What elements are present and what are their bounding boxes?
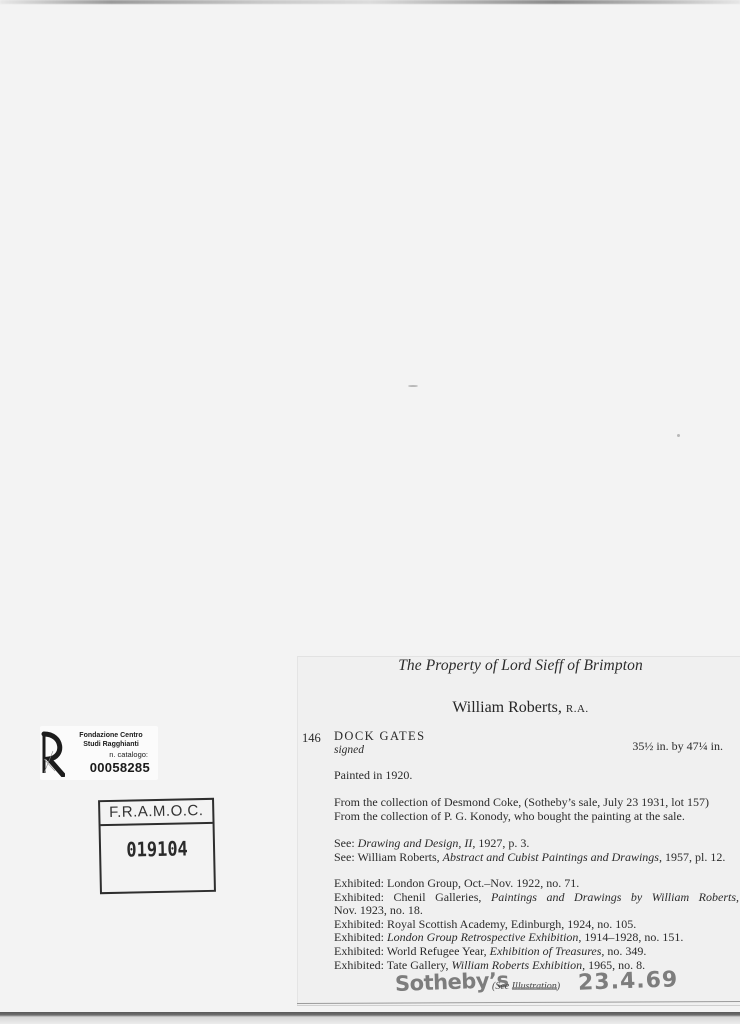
catalog-label: n. catalogo: (68, 750, 154, 760)
exhibition-line: Nov. 1923, no. 18. (334, 904, 739, 918)
exhibition-line: Exhibited: London Group Retrospective Ex… (334, 931, 739, 945)
provenance-line: From the collection of P. G. Konody, who… (334, 810, 739, 824)
painted-text: Painted in 1920. (334, 769, 739, 783)
artist-name: William Roberts, (452, 699, 562, 716)
ragghianti-r-logo-icon (41, 729, 65, 777)
stamp-number: 019104 (109, 836, 205, 862)
see-illustration-close: ) (557, 981, 560, 992)
scan-top-edge (0, 0, 740, 4)
provenance-list: From the collection of Desmond Coke, (So… (334, 796, 739, 823)
exhibition-line: Exhibited: Royal Scottish Academy, Edinb… (334, 918, 739, 932)
see-illustration-word: Illustration (512, 981, 557, 992)
library-catalog-label: Fondazione Centro Studi Ragghianti n. ca… (40, 726, 158, 780)
literature-line: See: Drawing and Design, II, 1927, p. 3. (334, 837, 739, 851)
provenance-line: From the collection of Desmond Coke, (So… (334, 796, 739, 810)
dimensions: 35½ in. by 47¼ in. (632, 739, 723, 754)
institution-line-1: Fondazione Centro (68, 731, 154, 740)
see-illustration-open: (See (492, 981, 512, 992)
literature-line: See: William Roberts, Abstract and Cubis… (334, 851, 739, 865)
artist-heading: William Roberts, R.A. (298, 699, 740, 717)
dust-speck (677, 434, 680, 437)
literature-list: See: Drawing and Design, II, 1927, p. 3.… (334, 837, 739, 864)
library-label-text: Fondazione Centro Studi Ragghianti n. ca… (68, 731, 154, 775)
institution-line-2: Studi Ragghianti (68, 740, 154, 749)
handwritten-date: 23.4.69 (578, 967, 679, 995)
lot-number: 146 (302, 731, 321, 746)
exhibition-line: Exhibited: Chenil Galleries, Paintings a… (334, 891, 739, 905)
stamp-header: F.R.A.M.O.C. (100, 800, 212, 826)
artist-title-suffix: R.A. (566, 703, 589, 715)
framoc-stamp: F.R.A.M.O.C. 019104 (98, 798, 216, 894)
exhibition-list: Exhibited: London Group, Oct.–Nov. 1922,… (334, 877, 739, 972)
provenance-heading: The Property of Lord Sieff of Brimpton (298, 657, 740, 675)
scan-bottom-edge (0, 1012, 740, 1024)
exhibition-line: Exhibited: London Group, Oct.–Nov. 1922,… (334, 877, 739, 891)
exhibition-line: Exhibited: World Refugee Year, Exhibitio… (334, 945, 739, 959)
dust-speck (408, 385, 418, 387)
signed-note: signed (334, 744, 364, 756)
lot-title: DOCK GATES (334, 729, 425, 744)
catalog-number: 00058285 (68, 760, 154, 775)
auction-catalogue-clipping: The Property of Lord Sieff of Brimpton W… (297, 656, 740, 1005)
painted-date: Painted in 1920. (334, 769, 739, 783)
see-illustration-note: (See Illustration) (492, 981, 560, 992)
exhibition-line: Exhibited: Tate Gallery, William Roberts… (334, 959, 739, 973)
